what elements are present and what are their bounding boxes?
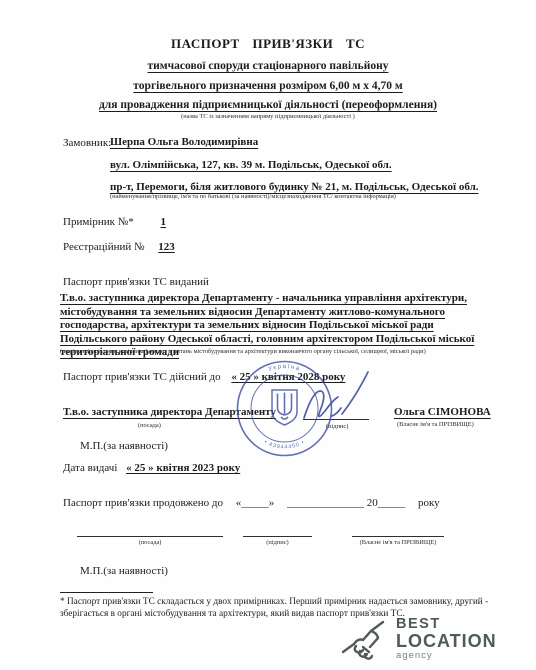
- blank-position-line: [77, 536, 223, 537]
- blank-signature-caption: (підпис): [243, 539, 312, 546]
- valid-until-date: « 25 » квітня 2028 року: [231, 371, 345, 383]
- customer-caption: (найменування/прізвище, ім'я та по батьк…: [110, 193, 396, 200]
- extension-suffix: року: [418, 497, 440, 509]
- blank-name-line: [352, 536, 444, 537]
- copy-number-label: Примірник №*: [63, 216, 134, 228]
- signer-position: Т.в.о. заступника директора Департаменту: [63, 406, 276, 418]
- blank-position-caption: (посада): [77, 539, 223, 546]
- signer-position-caption: (посада): [138, 422, 161, 429]
- doc-title: ПАСПОРТ ПРИВ'ЯЗКИ ТС: [0, 36, 536, 52]
- doc-subtitle-line1: тимчасової споруди стаціонарного павільй…: [0, 60, 536, 72]
- extension-month-blank: ______________: [287, 497, 364, 509]
- footnote-separator: [60, 592, 153, 593]
- handshake-icon: [338, 616, 388, 662]
- issue-date-value: « 25 » квітня 2023 року: [126, 462, 240, 474]
- logo-line1: BEST: [396, 617, 497, 632]
- customer-label: Замовник:: [63, 137, 111, 149]
- copy-number-row: Примірник №* 1: [63, 216, 174, 228]
- issue-date-label: Дата видачі: [63, 462, 117, 474]
- doc-subtitle-line2: торгівельного призначення розміром 6,00 …: [0, 80, 536, 92]
- issuer-caption: ( керівник(заступник керівника) органу з…: [60, 348, 426, 355]
- extension-row: Паспорт прив'язки продовжено до «_____» …: [63, 497, 440, 509]
- extension-day-blank: «_____»: [236, 497, 275, 509]
- signature-line: [303, 419, 369, 420]
- registration-number-value: 123: [155, 241, 178, 253]
- trident-icon: [278, 393, 292, 420]
- signer-name: Ольга СІМОНОВА: [394, 406, 491, 418]
- valid-until-label: Паспорт прив'язки ТС дійсний до: [63, 371, 221, 383]
- issue-date-row: Дата видачі « 25 » квітня 2023 року: [63, 462, 240, 474]
- issued-label: Паспорт прив'язки ТС виданий: [63, 276, 209, 288]
- blank-signature-line: [243, 536, 312, 537]
- registration-number-row: Реєстраційний № 123: [63, 241, 178, 253]
- customer-address1: вул. Олімпійська, 127, кв. 39 м. Подільс…: [110, 159, 392, 171]
- signature-caption: (підпис): [326, 423, 348, 430]
- customer-name: Шерпа Ольга Володимирівна: [110, 136, 258, 148]
- seal-note-1: М.П.(за наявності): [80, 440, 168, 452]
- copy-number-value: 1: [152, 216, 174, 228]
- stamp-code-text: • 43944450 •: [263, 439, 306, 450]
- doc-subtitle-caption: (назва ТС із зазначенням напряму підприє…: [0, 113, 536, 120]
- agency-logo: BEST LOCATION agency: [338, 616, 497, 662]
- doc-subtitle-line3: для провадження підприємницької діяльнос…: [0, 99, 536, 111]
- signer-name-caption: (Власне ім'я та ПРІЗВИЩЕ): [397, 421, 474, 428]
- registration-number-label: Реєстраційний №: [63, 241, 145, 253]
- valid-until-row: Паспорт прив'язки ТС дійсний до « 25 » к…: [63, 371, 345, 383]
- logo-line2: LOCATION: [396, 632, 497, 650]
- logo-line3: agency: [396, 650, 497, 661]
- document-page: ПАСПОРТ ПРИВ'ЯЗКИ ТС тимчасової споруди …: [0, 0, 536, 670]
- customer-address2: пр-т, Перемоги, біля житлового будинку №…: [110, 181, 479, 193]
- extension-label: Паспорт прив'язки продовжено до: [63, 497, 223, 509]
- seal-note-2: М.П.(за наявності): [80, 565, 168, 577]
- blank-name-caption: (Власне ім'я та ПРІЗВИЩЕ): [352, 539, 444, 546]
- extension-year-blank: 20_____: [367, 497, 406, 509]
- svg-text:• 43944450 •: • 43944450 •: [263, 439, 306, 450]
